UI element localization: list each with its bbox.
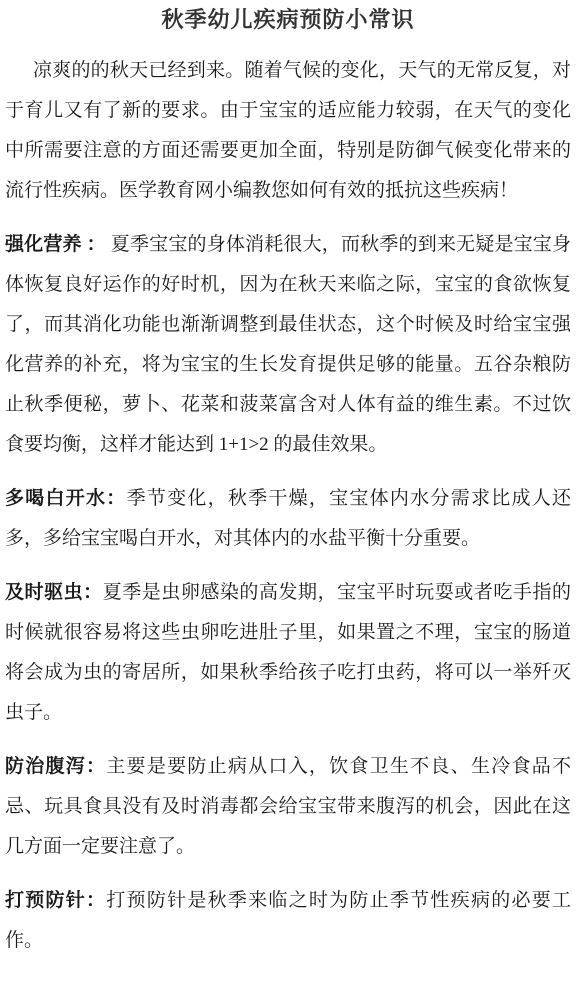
paragraph-drink-water: 多喝白开水：季节变化，秋季干燥，宝宝体内水分需求比成人还多，多给宝宝喝白开水，对… bbox=[5, 479, 571, 559]
paragraph-intro-text: 凉爽的的秋天已经到来。随着气候的变化，天气的无常反复，对于育儿又有了新的要求。由… bbox=[5, 60, 571, 201]
paragraph-deworming: 及时驱虫：夏季是虫卵感染的高发期，宝宝平时玩耍或者吃手指的时候就很容易将这些虫卵… bbox=[5, 573, 571, 733]
paragraph-intro: 凉爽的的秋天已经到来。随着气候的变化，天气的无常反复，对于育儿又有了新的要求。由… bbox=[5, 51, 571, 211]
paragraph-strengthen-nutrition-label: 强化营养 ： bbox=[5, 234, 106, 255]
paragraph-deworming-text: 夏季是虫卵感染的高发期，宝宝平时玩耍或者吃手指的时候就很容易将这些虫卵吃进肚子里… bbox=[5, 582, 571, 723]
paragraph-diarrhea-prevention-label: 防治腹泻： bbox=[5, 756, 106, 777]
paragraph-vaccination-label: 打预防针： bbox=[5, 890, 106, 911]
paragraph-deworming-label: 及时驱虫： bbox=[5, 582, 103, 603]
paragraph-strengthen-nutrition-text: 夏季宝宝的身体消耗很大，而秋季的到来无疑是宝宝身体恢复良好运作的好时机，因为在秋… bbox=[5, 234, 571, 455]
paragraph-strengthen-nutrition: 强化营养 ： 夏季宝宝的身体消耗很大，而秋季的到来无疑是宝宝身体恢复良好运作的好… bbox=[5, 225, 571, 465]
document-page: 秋季幼儿疾病预防小常识 凉爽的的秋天已经到来。随着气候的变化，天气的无常反复，对… bbox=[0, 0, 578, 992]
document-title: 秋季幼儿疾病预防小常识 bbox=[5, 5, 571, 35]
paragraph-diarrhea-prevention: 防治腹泻：主要是要防止病从口入，饮食卫生不良、生冷食品不忌、玩具食具没有及时消毒… bbox=[5, 747, 571, 867]
paragraph-drink-water-label: 多喝白开水： bbox=[5, 488, 127, 509]
paragraph-vaccination: 打预防针：打预防针是秋季来临之时为防止季节性疾病的必要工作。 bbox=[5, 881, 571, 961]
